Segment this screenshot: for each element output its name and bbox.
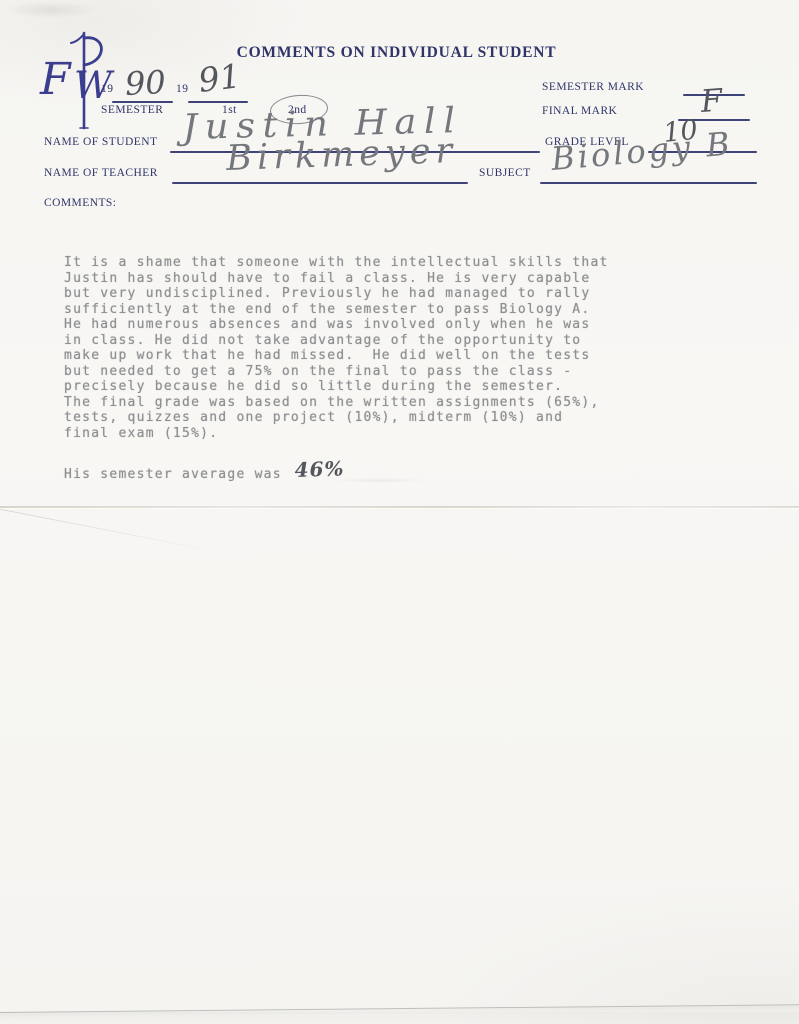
form-title: COMMENTS ON INDIVIDUAL STUDENT (0, 44, 793, 62)
erased-text-smudge (330, 478, 430, 483)
handwritten-teacher-name: Birkmeyer (226, 131, 458, 179)
fold-crease (0, 506, 799, 508)
semester-label: SEMESTER (101, 104, 163, 116)
student-name-label: NAME OF STUDENT (44, 136, 157, 148)
scanned-student-comment-form: F W COMMENTS ON INDIVIDUAL STUDENT 19 90… (0, 0, 799, 1024)
fold-crease-diagonal (0, 508, 232, 555)
typed-comments-paragraph: It is a shame that someone with the inte… (64, 255, 609, 441)
year-prefix-2: 19 (176, 83, 188, 95)
final-mark-label: FINAL MARK (542, 105, 617, 117)
semester-mark-label: SEMESTER MARK (542, 81, 644, 93)
comments-label: COMMENTS: (44, 197, 116, 209)
subject-label: SUBJECT (479, 167, 531, 179)
handwritten-year-1: 90 (124, 63, 167, 103)
page-bottom-shadow (0, 1012, 799, 1024)
subject-line (540, 182, 757, 184)
teacher-name-label: NAME OF TEACHER (44, 167, 158, 179)
teacher-name-line (172, 182, 468, 184)
year-line-2 (188, 101, 248, 103)
scan-smudge (6, 2, 96, 18)
year-prefix-1: 19 (101, 83, 113, 95)
typed-average-line: His semester average was (64, 467, 282, 483)
handwritten-year-2: 91 (196, 56, 242, 100)
handwritten-final-mark: F (699, 83, 723, 120)
handwritten-subject: Biology B (550, 124, 734, 178)
